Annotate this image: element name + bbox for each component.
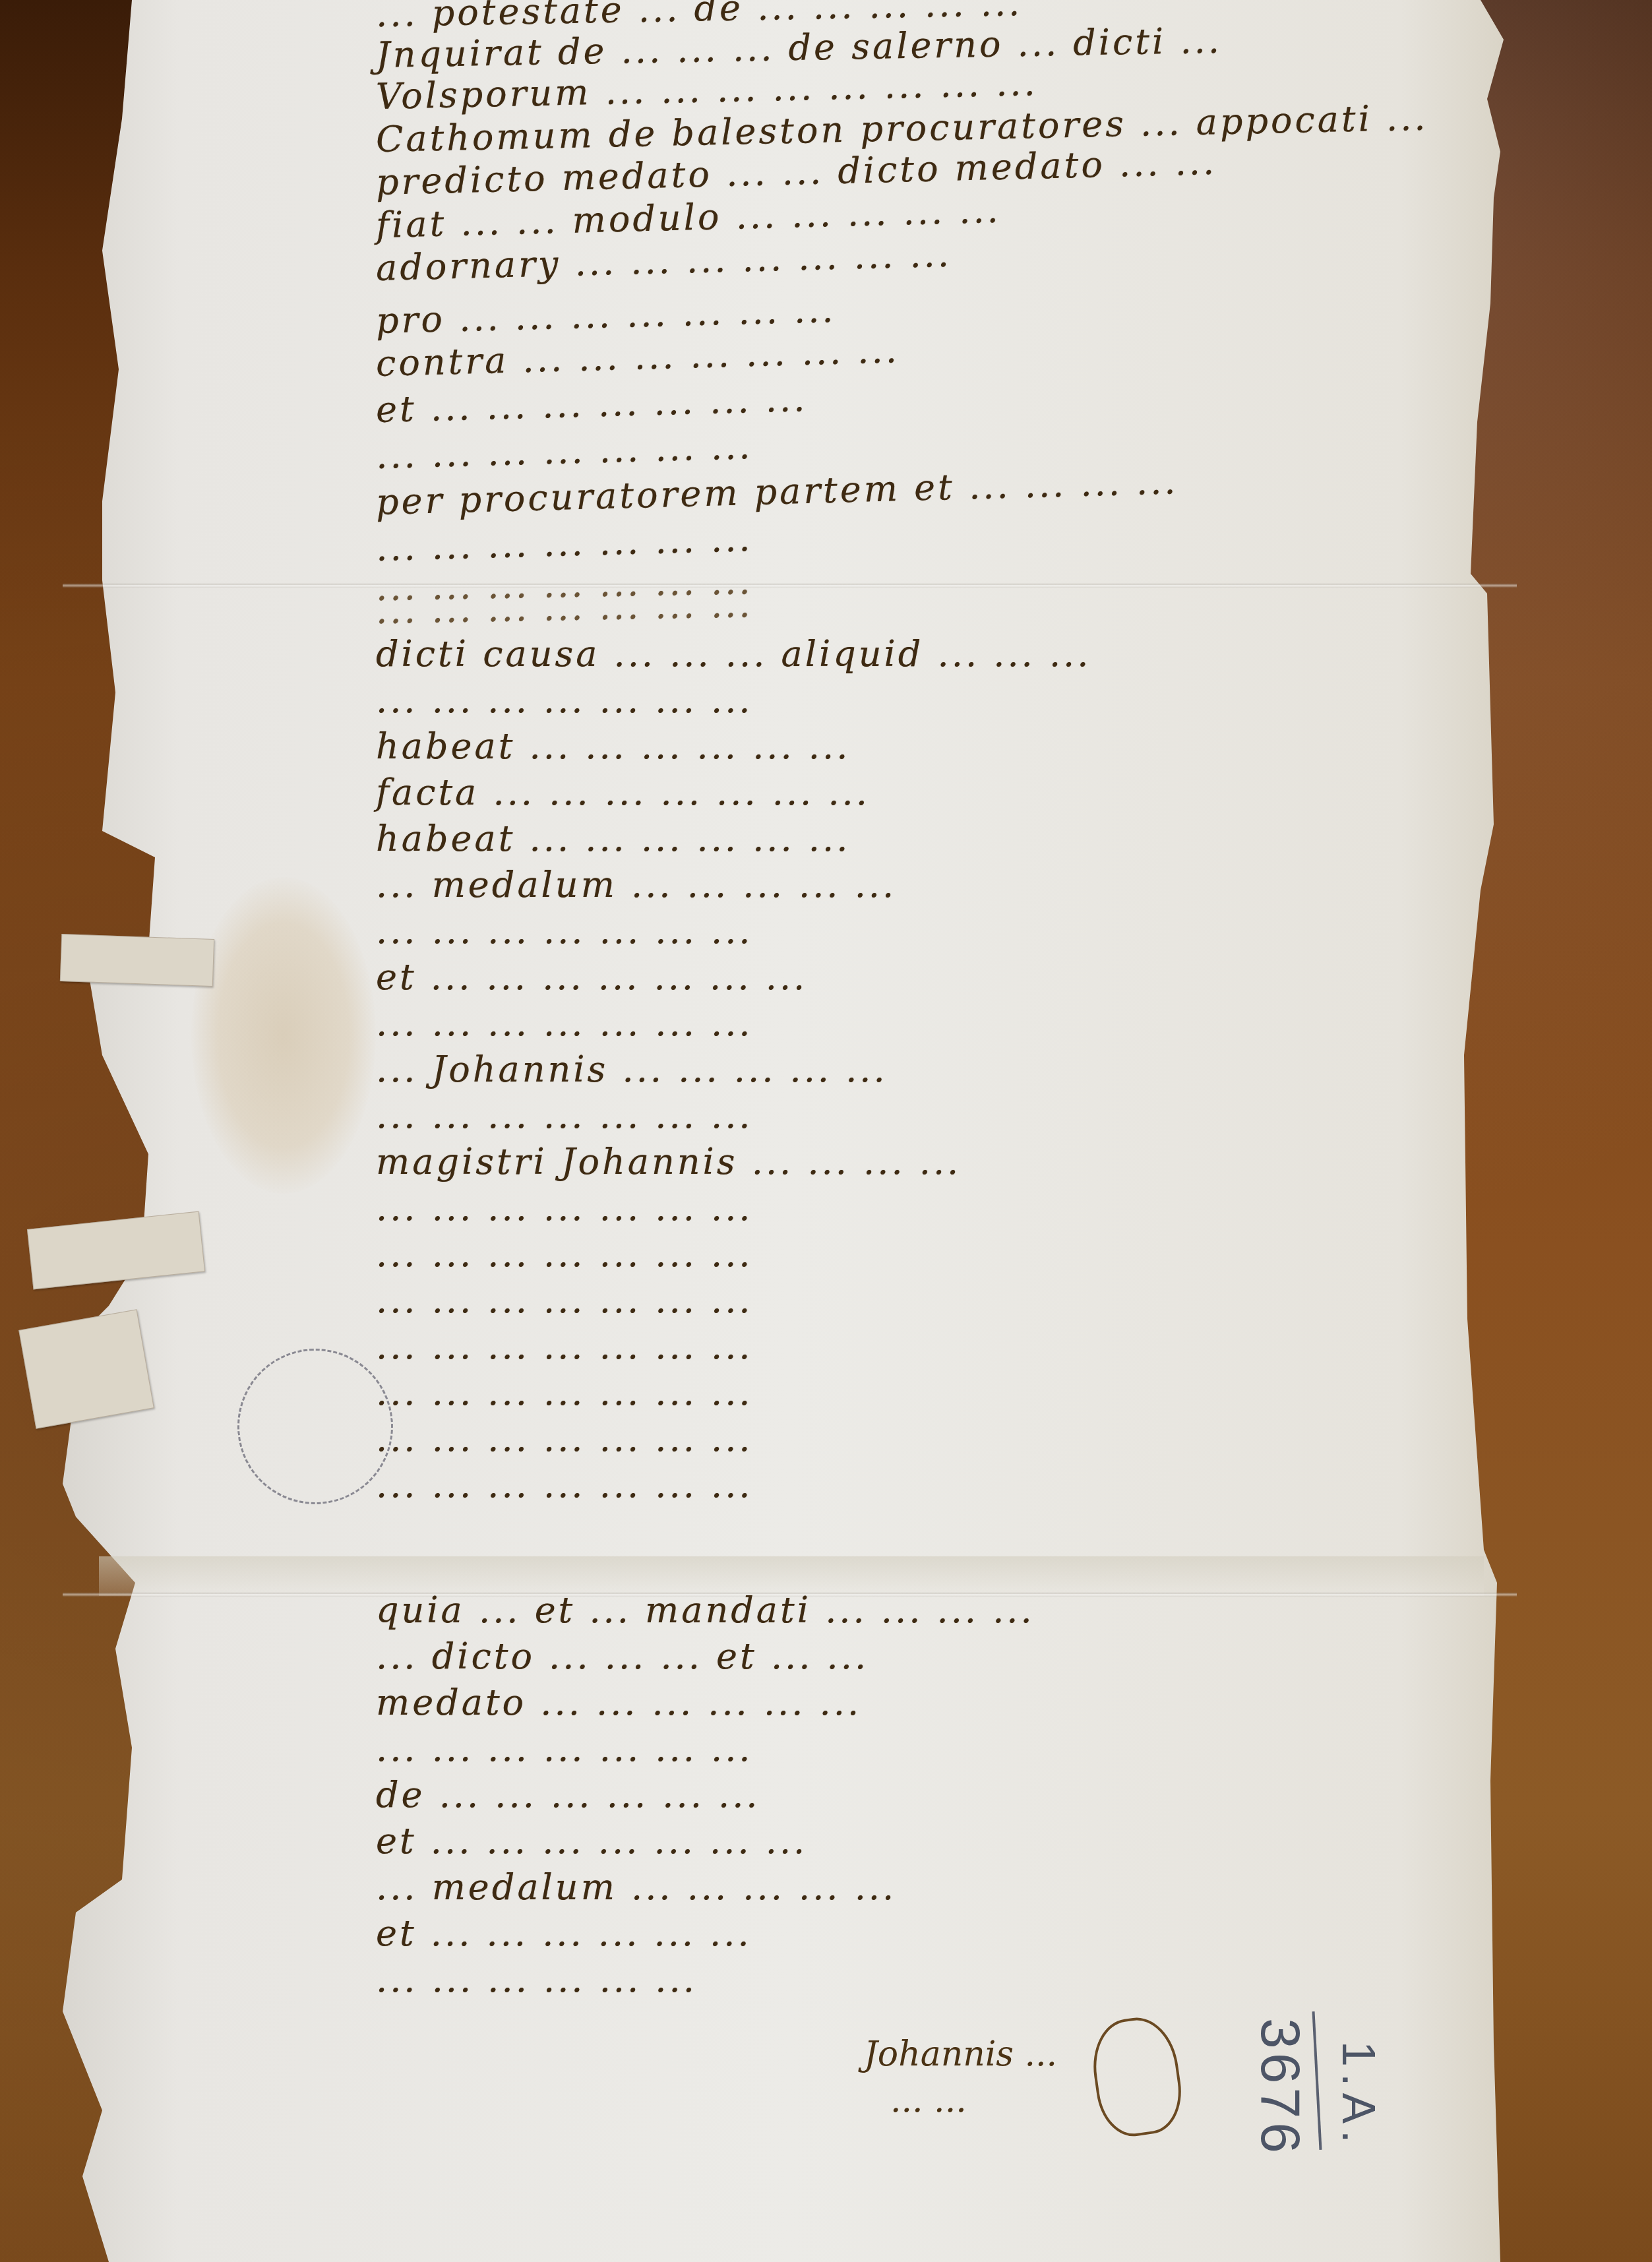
water-stain [191, 877, 376, 1194]
text-line: ... ... ... ... ... ... ... [376, 1372, 752, 1413]
text-line: ... ... ... ... ... ... ... [376, 1464, 752, 1506]
text-line: et ... ... ... ... ... ... ... [376, 956, 807, 998]
notary-signature: Johannis ... ... ... [864, 2031, 1057, 2124]
text-line: ... ... ... ... ... ... ... [376, 1279, 752, 1321]
text-line: ... dicto ... ... ... et ... ... [376, 1635, 869, 1677]
text-line: ... ... ... ... ... ... ... [376, 1187, 752, 1229]
text-line: et ... ... ... ... ... ... [376, 1912, 752, 1954]
text-line: quia ... et ... mandati ... ... ... ... [376, 1589, 1035, 1631]
text-line: et ... ... ... ... ... ... ... [376, 1820, 807, 1862]
torn-flap [60, 934, 214, 987]
signature-line-1: Johannis ... [864, 2031, 1057, 2077]
text-line: habeat ... ... ... ... ... ... [376, 725, 850, 767]
fold-line [63, 584, 1517, 588]
text-line: ... medalum ... ... ... ... ... [376, 1866, 896, 1908]
text-line: ... ... ... ... ... ... ... [376, 1002, 752, 1044]
text-line: ... ... ... ... ... ... [376, 1959, 697, 2000]
text-line: dicti causa ... ... ... aliquid ... ... … [376, 633, 1091, 675]
torn-flap [18, 1309, 154, 1428]
text-line: ... ... ... ... ... ... ... [376, 1728, 752, 1769]
text-line: ... ... ... ... ... ... ... [376, 910, 752, 952]
text-line: ... ... ... ... ... ... ... [376, 679, 752, 721]
text-line: ... ... ... ... ... ... ... [376, 1095, 752, 1136]
shelf-mark: 1.A. [1332, 2041, 1385, 2150]
text-line: ... ... ... ... ... ... ... [375, 584, 752, 632]
text-line: ... medalum ... ... ... ... ... [376, 864, 896, 905]
text-line: ... Johannis ... ... ... ... ... [376, 1049, 888, 1090]
text-line: medato ... ... ... ... ... ... [376, 1682, 861, 1723]
text-line: ... ... ... ... ... ... ... [376, 1233, 752, 1275]
text-line: ... ... ... ... ... ... ... [376, 1418, 752, 1459]
text-line: de ... ... ... ... ... ... [376, 1774, 760, 1816]
catalog-number: 3676 [1248, 2018, 1312, 2157]
text-line: habeat ... ... ... ... ... ... [376, 818, 850, 859]
text-line: magistri Johannis ... ... ... ... [376, 1141, 961, 1182]
text-line: ... ... ... ... ... ... ... [376, 1326, 752, 1367]
text-line: facta ... ... ... ... ... ... ... [376, 772, 870, 813]
signature-line-2: ... ... [890, 2077, 1057, 2124]
